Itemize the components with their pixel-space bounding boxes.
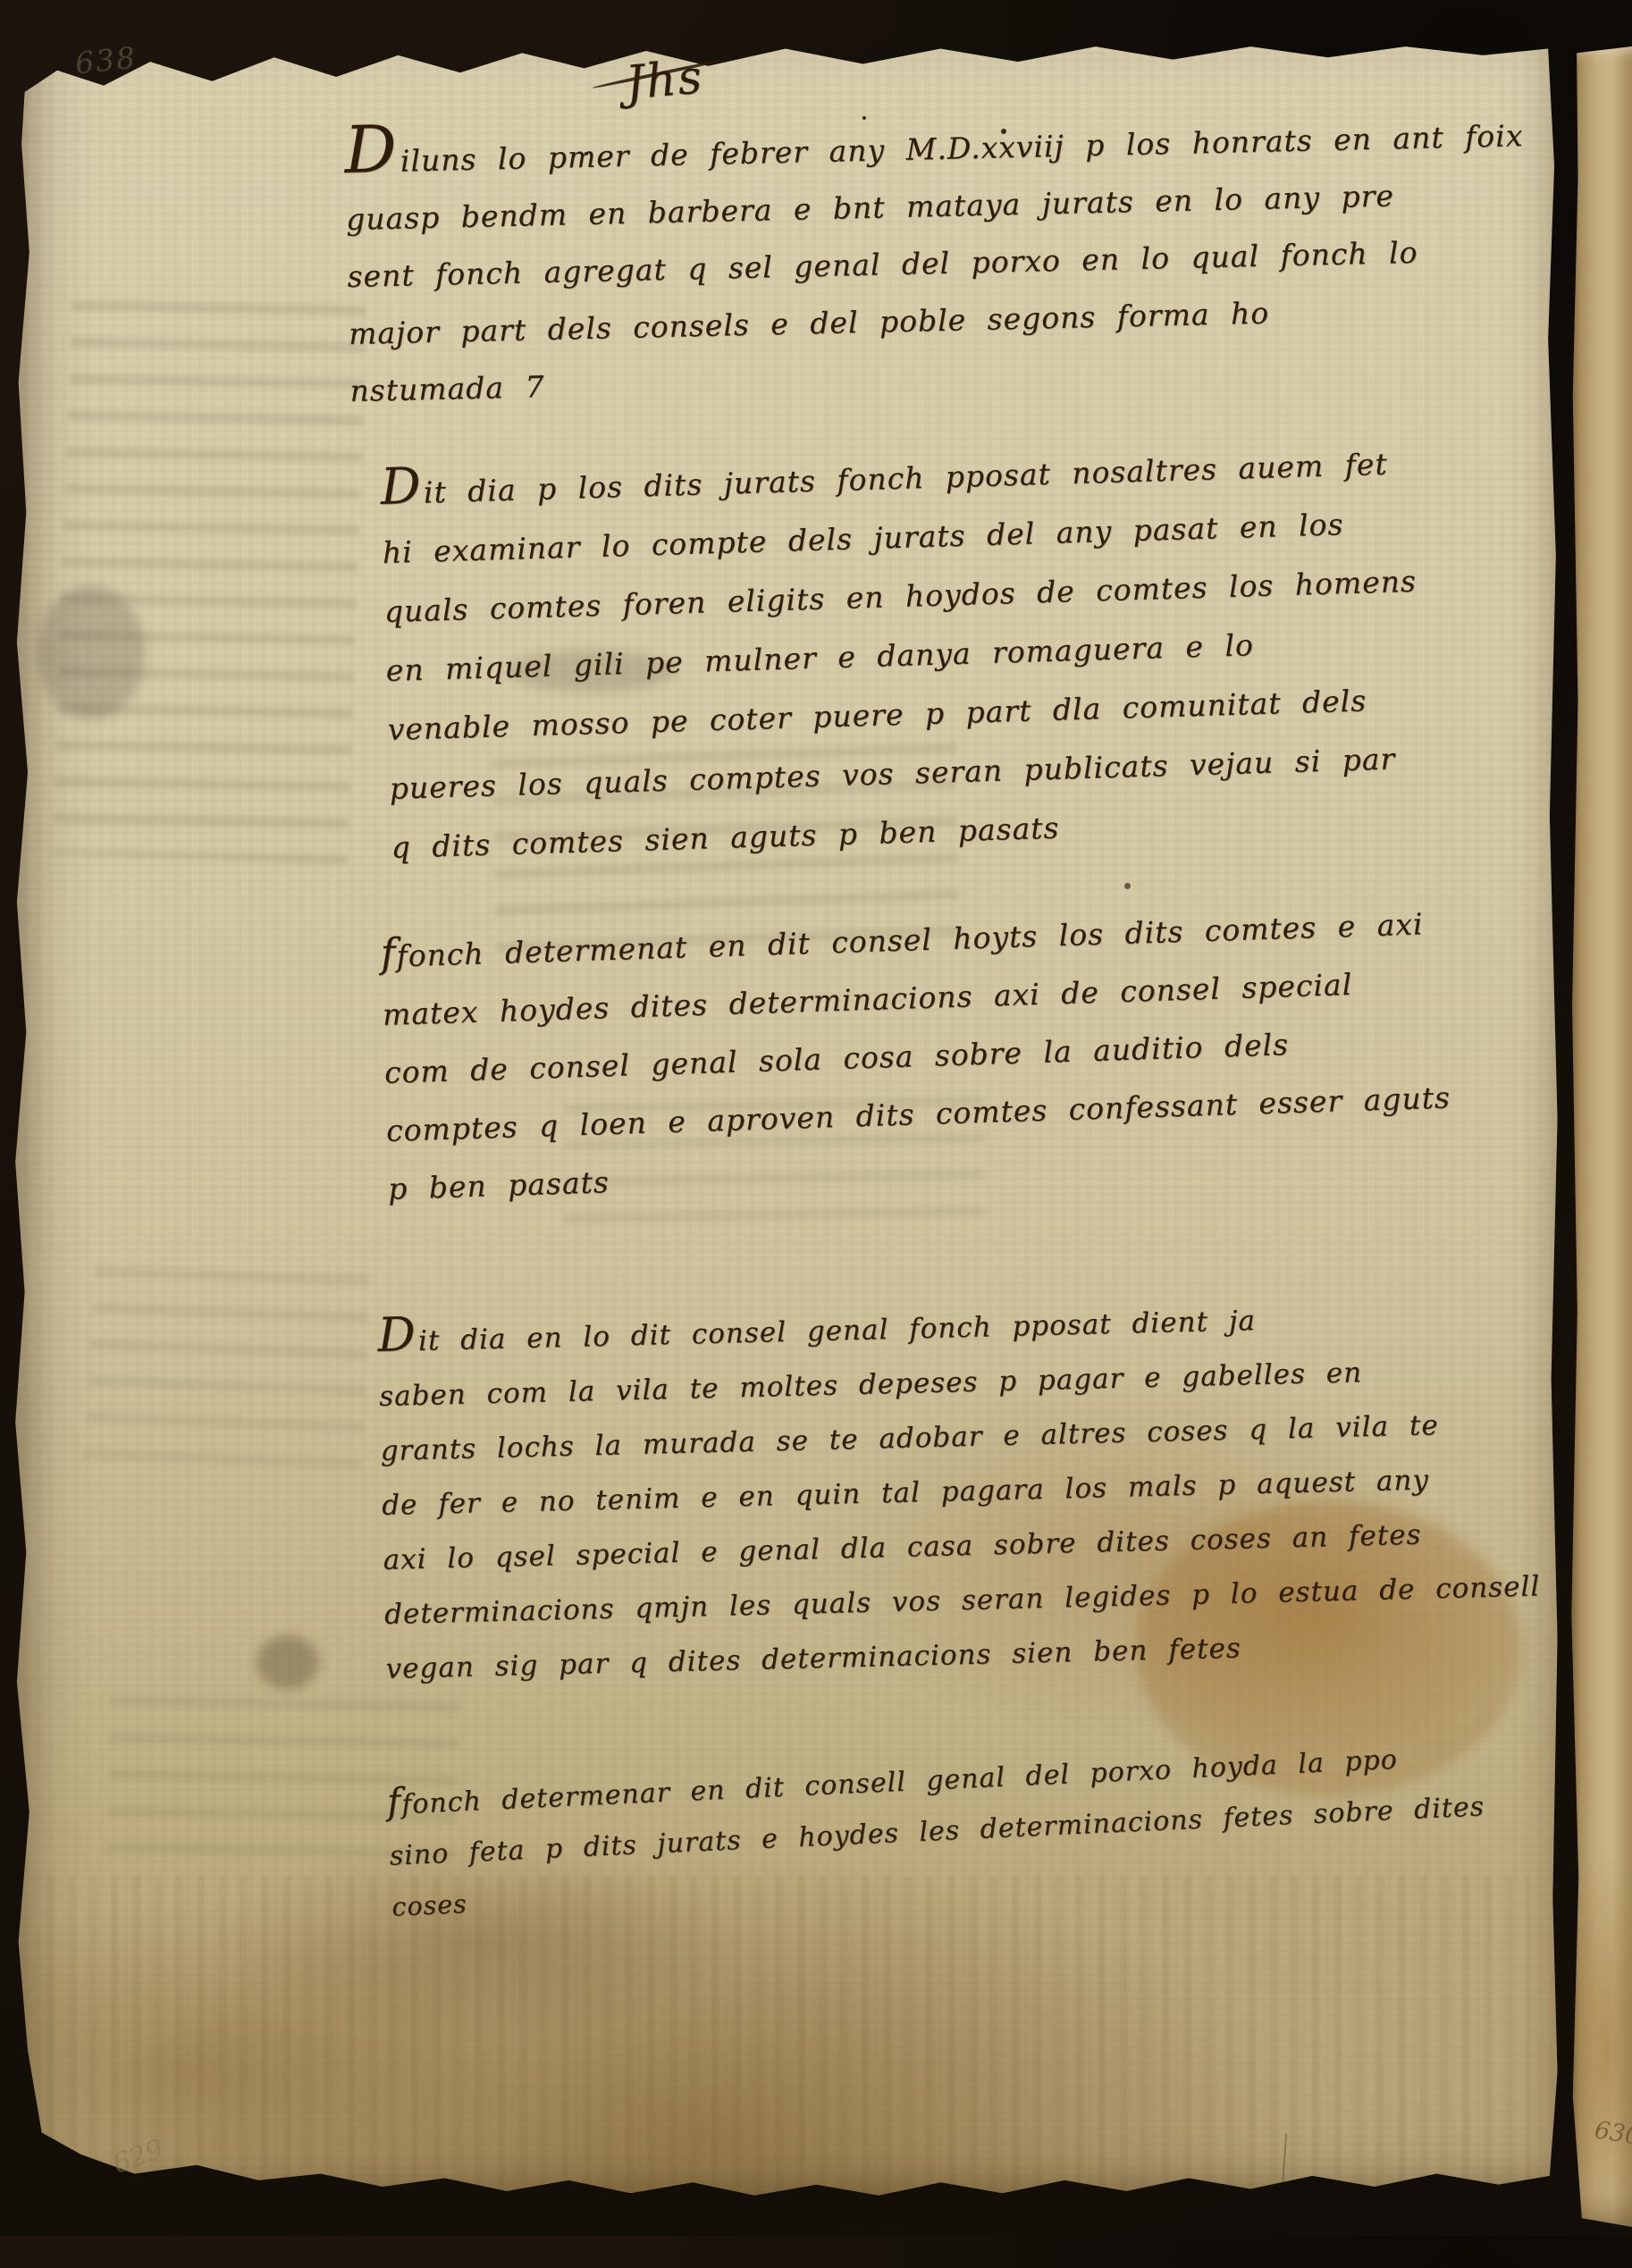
folio-number-top: 638 [73,40,139,81]
verso-showthrough [53,273,367,864]
paper-crease [1278,2134,1287,2236]
jhs-monogram: Jhs [624,50,706,110]
ink-smudge [257,1635,319,1689]
paragraph-4: Dit dia en lo dit consel genal fonch ppo… [377,1287,1542,1696]
paragraph-2: Dit dia p los dits jurats fonch pposat n… [380,434,1425,878]
paper-texture [46,1877,1530,2225]
paragraph-3: ffonch determenat en dit consel hoyts lo… [380,895,1453,1218]
pen-stroke-mark [786,2198,791,2236]
next-page-edge [1568,46,1632,2227]
stain [38,585,145,719]
paragraph-1: Diluns lo pmer de febrer any M.D.xxviij … [344,107,1529,420]
scan-background: 638 Jhs Diluns lo pmer de febrer any M.D… [0,0,1632,2236]
ink-spot [1124,883,1131,889]
verso-showthrough [83,1239,373,1495]
ink-spot [862,116,866,120]
